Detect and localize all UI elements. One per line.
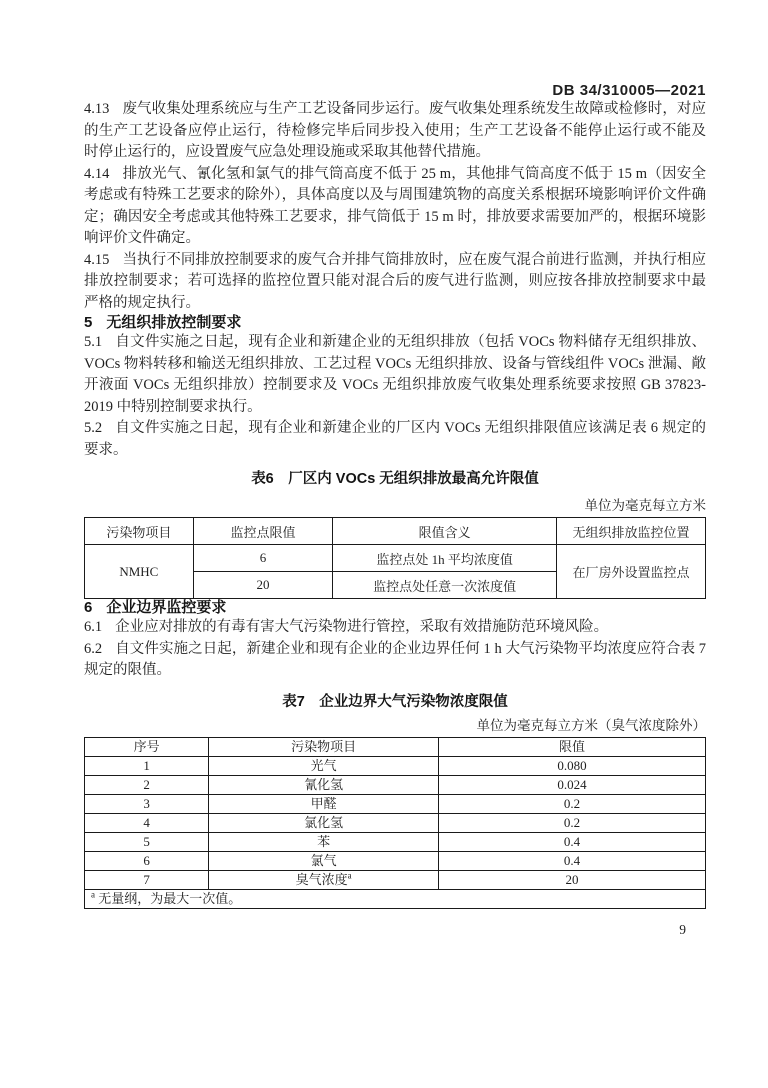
section-6-heading: 6企业边界监控要求 bbox=[84, 599, 706, 617]
table6-meaning-cell: 监控点处任意一次浓度值 bbox=[333, 572, 557, 599]
document-page: DB 34/310005—2021 4.13废气收集处理系统应与生产工艺设备同步… bbox=[0, 0, 768, 1088]
clause-4-13: 4.13废气收集处理系统应与生产工艺设备同步运行。废气收集处理系统发生故障或检修… bbox=[84, 99, 706, 164]
table6-pollutant-cell: NMHC bbox=[85, 545, 194, 599]
table6-header-pollutant: 污染物项目 bbox=[85, 518, 194, 545]
footnote-text: 无量纲，为最大一次值。 bbox=[98, 891, 241, 906]
table7-row: 5 苯 0.4 bbox=[85, 832, 706, 851]
table7-limit-cell: 20 bbox=[438, 870, 705, 889]
clause-5-1: 5.1自文件实施之日起，现有企业和新建企业的无组织排放（包括 VOCs 物料储存… bbox=[84, 332, 706, 418]
table6-meaning-cell: 监控点处 1h 平均浓度值 bbox=[333, 545, 557, 572]
table7-no-cell: 5 bbox=[85, 832, 209, 851]
table7-row: 6 氯气 0.4 bbox=[85, 851, 706, 870]
table7-limit-cell: 0.2 bbox=[438, 794, 705, 813]
table7-header-row: 序号 污染物项目 限值 bbox=[85, 737, 706, 756]
table7-row: 3 甲醛 0.2 bbox=[85, 794, 706, 813]
clause-4-15: 4.15当执行不同排放控制要求的废气合并排气筒排放时，应在废气混合前进行监测，并… bbox=[84, 250, 706, 315]
table6-limit-cell: 20 bbox=[193, 572, 333, 599]
table7-unit-note: 单位为毫克每立方米（臭气浓度除外） bbox=[84, 717, 706, 735]
table7-no-cell: 1 bbox=[85, 756, 209, 775]
table7-row: 2 氰化氢 0.024 bbox=[85, 775, 706, 794]
table7-name-cell: 氰化氢 bbox=[209, 775, 439, 794]
table6-caption: 表6 厂区内 VOCs 无组织排放最高允许限值 bbox=[84, 469, 706, 489]
footnote-marker: a bbox=[348, 871, 352, 881]
table7-limit-cell: 0.4 bbox=[438, 832, 705, 851]
table7-row: 4 氯化氢 0.2 bbox=[85, 813, 706, 832]
table7-limit-cell: 0.080 bbox=[438, 756, 705, 775]
clause-number: 4.15 bbox=[84, 250, 109, 272]
clause-text: 自文件实施之日起，现有企业和新建企业的无组织排放（包括 VOCs 物料储存无组织… bbox=[84, 334, 706, 415]
clause-number: 6.2 bbox=[84, 639, 102, 661]
table6-header-meaning: 限值含义 bbox=[333, 518, 557, 545]
clause-number: 5.2 bbox=[84, 418, 102, 440]
table6-row: NMHC 6 监控点处 1h 平均浓度值 在厂房外设置监控点 bbox=[85, 545, 706, 572]
table7-header-limit: 限值 bbox=[438, 737, 705, 756]
clause-4-14: 4.14排放光气、氰化氢和氯气的排气筒高度不低于 25 m，其他排气筒高度不低于… bbox=[84, 164, 706, 250]
clause-number: 4.14 bbox=[84, 164, 109, 186]
table7-no-cell: 6 bbox=[85, 851, 209, 870]
standard-code: DB 34/310005—2021 bbox=[84, 83, 706, 99]
clause-number: 5.1 bbox=[84, 332, 102, 354]
section-number: 5 bbox=[84, 314, 92, 332]
table7-limit-cell: 0.2 bbox=[438, 813, 705, 832]
section-5-heading: 5无组织排放控制要求 bbox=[84, 314, 706, 332]
clause-text: 自文件实施之日起，新建企业和现有企业的企业边界任何 1 h 大气污染物平均浓度应… bbox=[84, 641, 706, 679]
table6-header-limit: 监控点限值 bbox=[193, 518, 333, 545]
table7-footnote-row: a 无量纲，为最大一次值。 bbox=[85, 889, 706, 908]
clause-number: 6.1 bbox=[84, 617, 102, 639]
table7-caption: 表7 企业边界大气污染物浓度限值 bbox=[84, 692, 706, 712]
clause-text: 当执行不同排放控制要求的废气合并排气筒排放时，应在废气混合前进行监测，并执行相应… bbox=[84, 252, 706, 311]
table6: 污染物项目 监控点限值 限值含义 无组织排放监控位置 NMHC 6 监控点处 1… bbox=[84, 517, 706, 599]
pollutant-name: 臭气浓度 bbox=[296, 872, 348, 887]
table7: 序号 污染物项目 限值 1 光气 0.080 2 氰化氢 0.024 3 甲醛 … bbox=[84, 737, 706, 909]
table7-header-no: 序号 bbox=[85, 737, 209, 756]
table6-unit-note: 单位为毫克每立方米 bbox=[84, 497, 706, 515]
section-title: 企业边界监控要求 bbox=[106, 599, 226, 616]
footnote-marker: a bbox=[91, 890, 95, 900]
table7-no-cell: 4 bbox=[85, 813, 209, 832]
table7-name-cell: 氯气 bbox=[209, 851, 439, 870]
table6-location-cell: 在厂房外设置监控点 bbox=[556, 545, 705, 599]
clause-number: 4.13 bbox=[84, 99, 109, 121]
clause-5-2: 5.2自文件实施之日起，现有企业和新建企业的厂区内 VOCs 无组织排限值应该满… bbox=[84, 418, 706, 461]
table7-limit-cell: 0.024 bbox=[438, 775, 705, 794]
clause-text: 废气收集处理系统应与生产工艺设备同步运行。废气收集处理系统发生故障或检修时，对应… bbox=[84, 101, 706, 160]
table6-limit-cell: 6 bbox=[193, 545, 333, 572]
table7-name-cell: 甲醛 bbox=[209, 794, 439, 813]
table6-header-row: 污染物项目 监控点限值 限值含义 无组织排放监控位置 bbox=[85, 518, 706, 545]
table7-footnote-cell: a 无量纲，为最大一次值。 bbox=[85, 889, 706, 908]
table7-name-cell: 光气 bbox=[209, 756, 439, 775]
table7-no-cell: 7 bbox=[85, 870, 209, 889]
table7-header-pollutant: 污染物项目 bbox=[209, 737, 439, 756]
clause-text: 自文件实施之日起，现有企业和新建企业的厂区内 VOCs 无组织排限值应该满足表 … bbox=[84, 420, 706, 458]
table7-name-cell: 臭气浓度a bbox=[209, 870, 439, 889]
section-number: 6 bbox=[84, 599, 92, 617]
table7-no-cell: 3 bbox=[85, 794, 209, 813]
clause-text: 企业应对排放的有毒有害大气污染物进行管控，采取有效措施防范环境风险。 bbox=[115, 619, 608, 635]
table6-header-location: 无组织排放监控位置 bbox=[556, 518, 705, 545]
clause-text: 排放光气、氰化氢和氯气的排气筒高度不低于 25 m，其他排气筒高度不低于 15 … bbox=[84, 166, 706, 247]
table7-row: 7 臭气浓度a 20 bbox=[85, 870, 706, 889]
table7-row: 1 光气 0.080 bbox=[85, 756, 706, 775]
clause-6-1: 6.1企业应对排放的有毒有害大气污染物进行管控，采取有效措施防范环境风险。 bbox=[84, 617, 706, 639]
section-title: 无组织排放控制要求 bbox=[106, 314, 241, 331]
table7-no-cell: 2 bbox=[85, 775, 209, 794]
page-number: 9 bbox=[84, 921, 706, 939]
table7-limit-cell: 0.4 bbox=[438, 851, 705, 870]
clause-6-2: 6.2自文件实施之日起，新建企业和现有企业的企业边界任何 1 h 大气污染物平均… bbox=[84, 639, 706, 682]
table7-name-cell: 苯 bbox=[209, 832, 439, 851]
table7-name-cell: 氯化氢 bbox=[209, 813, 439, 832]
